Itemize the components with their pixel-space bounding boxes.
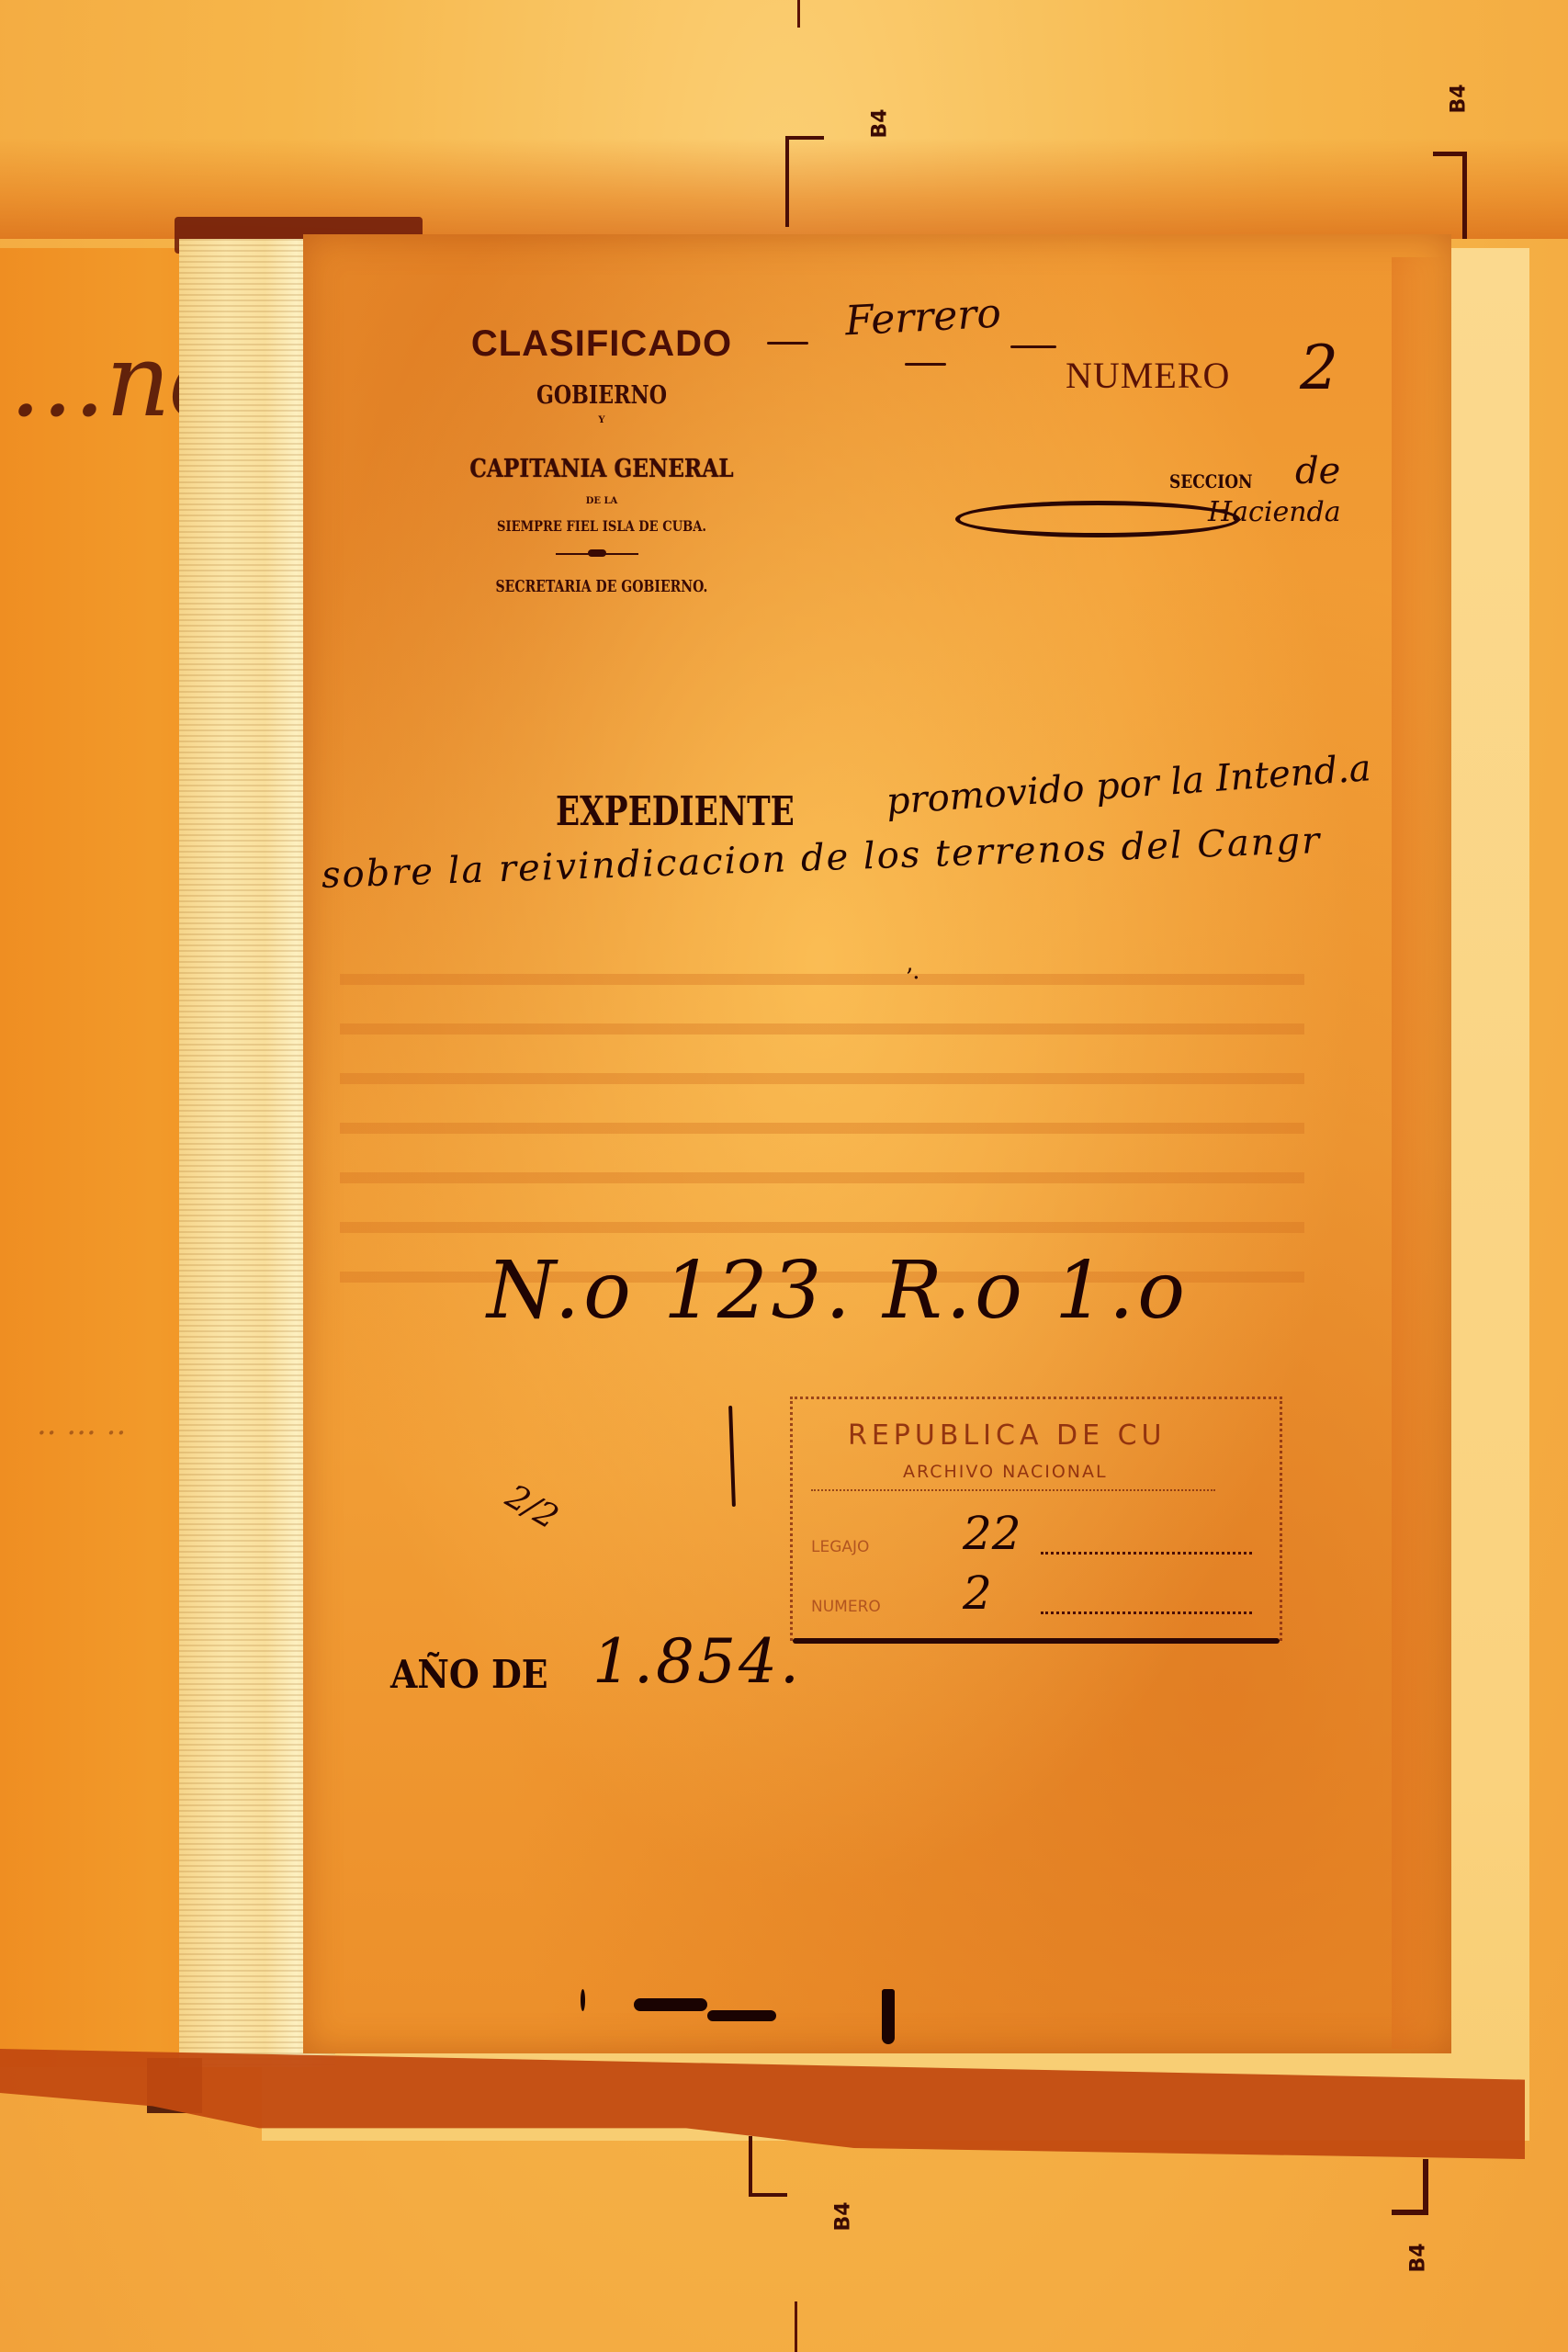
header-isla-de-cuba: SIEMPRE FIEL ISLA DE CUBA. [462,517,740,535]
stamp-title: REPUBLICA DE CU [848,1419,1215,1452]
numero-value: 2 [1300,333,1338,403]
seccion-label: SECCION [1169,470,1253,492]
stamp-row-numero: NUMERO 2 [811,1565,1270,1620]
facing-page-faint-ink: ·· ··· ·· [37,1415,126,1452]
header-de-la: DE LA [459,496,744,506]
document-right-edge [1392,257,1447,2049]
header-conjunction: Y [459,415,744,425]
header-ornament-divider [556,553,638,555]
stamp-row-label: NUMERO [811,1598,881,1616]
ink-blot [882,1989,895,2044]
seccion-flourish [955,501,1240,537]
handwritten-name: Ferrero [844,290,1002,345]
ink-blot [707,2010,776,2021]
bottom-tick-mark [795,2301,797,2352]
header-secretaria: SECRETARIA DE GOBIERNO. [477,577,728,596]
stamp-row-label: LEGAJO [811,1538,869,1556]
stamp-row-value: 22 [963,1507,1021,1560]
header-capitania-general: CAPITANIA GENERAL [435,455,767,483]
seccion-value: Hacienda [1208,496,1341,528]
stamp-row-line [1041,1549,1252,1555]
crop-mark-top-left [785,136,824,227]
header-gobierno: GOBIERNO [485,381,718,410]
dash-mark [1010,345,1056,348]
year-value: 1.854. [592,1626,802,1697]
clasificado-stamp: CLASIFICADO [459,323,744,365]
archive-stamp: REPUBLICA DE CU ARCHIVO NACIONAL LEGAJO … [790,1396,1282,1641]
year-label: AÑO DE [390,1652,548,1697]
crop-mark-bottom-right [1392,2159,1428,2215]
stamp-divider [811,1489,1215,1493]
stamp-row-value: 2 [963,1566,992,1620]
crop-label-top-right: B4 [1448,84,1471,113]
crop-label-top-left: B4 [869,108,892,138]
stamp-row-line [1041,1609,1252,1614]
crop-label-bottom-right: B4 [1407,2243,1430,2272]
bleed-through-text [340,946,1304,1295]
dash-mark [905,363,946,366]
reference-number: N.o 123. R.o 1.o [487,1245,1189,1337]
stamp-subtitle: ARCHIVO NACIONAL [903,1462,1108,1482]
numero-label: NUMERO [1066,354,1230,397]
expediente-label: EXPEDIENTE [556,788,795,835]
crop-mark-top-right [1433,152,1467,239]
stamp-bottom-bar [793,1638,1280,1644]
ink-blot [634,1998,707,2011]
crop-mark-bottom-left [749,2136,787,2197]
top-tick-mark [797,0,800,28]
ink-tick-mark: ʼ· [905,965,923,983]
stamp-row-legajo: LEGAJO 22 [811,1505,1270,1560]
ink-blot [581,1989,585,2011]
crop-label-bottom-left: B4 [832,2201,855,2231]
dash-mark [767,342,808,345]
seccion-connector: de [1295,450,1340,492]
